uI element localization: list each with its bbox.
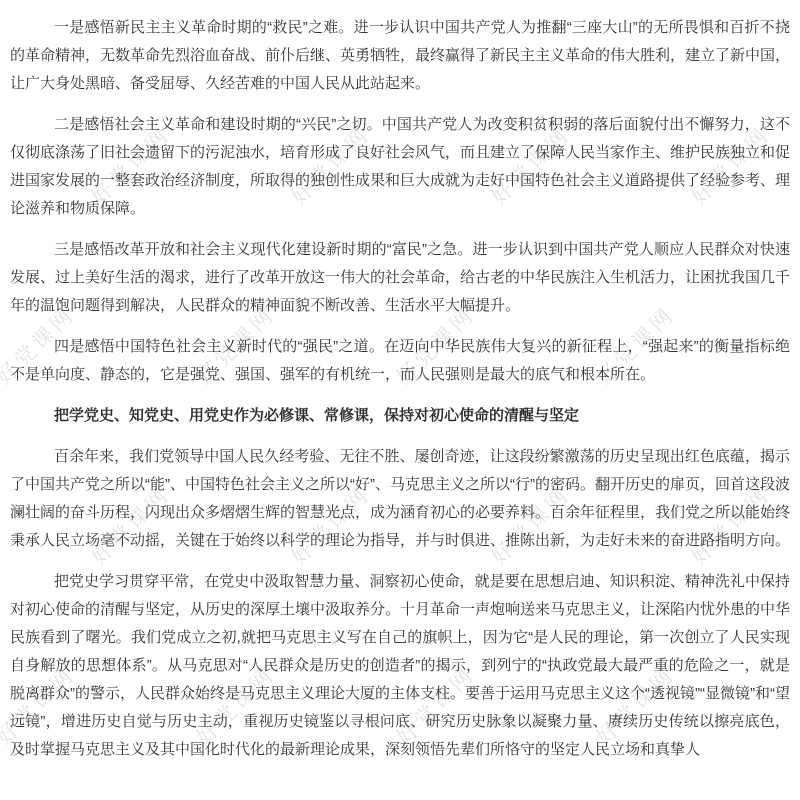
- paragraph-fumin: 三是感悟改革开放和社会主义现代化建设新时期的“富民”之急。进一步认识到中国共产党…: [10, 236, 790, 320]
- section-heading: 把学党史、知党史、用党史作为必修课、常修课，保持对初心使命的清醒与坚定: [10, 402, 790, 430]
- paragraph-qiangmin: 四是感悟中国特色社会主义新时代的“强民”之道。在迈向中华民族伟大复兴的新征程上，…: [10, 333, 790, 389]
- paragraph-bainianlai: 百余年来，我们党领导中国人民久经考验、无往不胜、屡创奇迹，让这段纷繁激荡的历史呈…: [10, 443, 790, 555]
- paragraph-xingmin: 二是感悟社会主义革命和建设时期的“兴民”之切。中国共产党人为改变积贫积弱的落后面…: [10, 111, 790, 223]
- document-body: 一是感悟新民主主义革命时期的“救民”之难。进一步认识中国共产党人为推翻“三座大山…: [0, 0, 800, 764]
- paragraph-jiumin: 一是感悟新民主主义革命时期的“救民”之难。进一步认识中国共产党人为推翻“三座大山…: [10, 14, 790, 98]
- document-page: 好党课网好党课网好党课网好党课网好党课网好党课网好党课网好党课网好党课网好党课网…: [0, 0, 800, 800]
- paragraph-dangshi-xuexi: 把党史学习贯穿平常，在党史中汲取智慧力量、洞察初心使命，就是要在思想启迪、知识积…: [10, 568, 790, 764]
